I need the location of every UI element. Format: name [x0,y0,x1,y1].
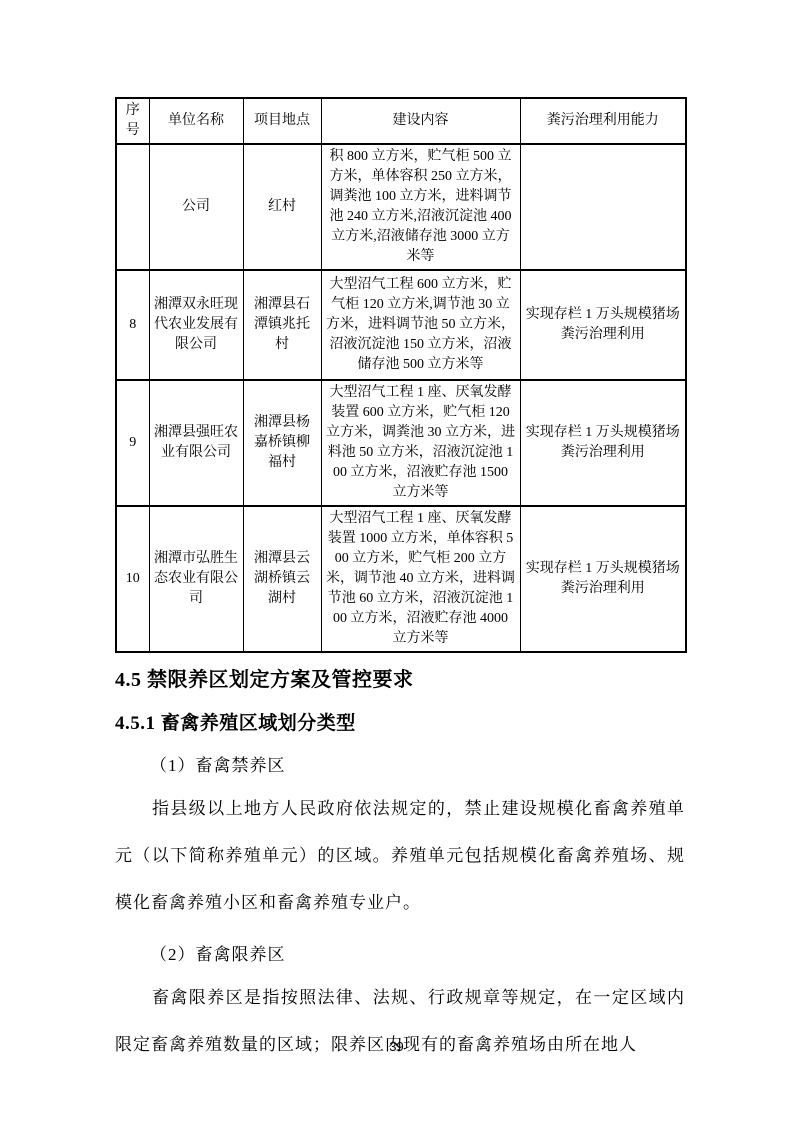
paragraph-prohibited-zone: 指县级以上地方人民政府依法规定的，禁止建设规模化畜禽养殖单元（以下简称养殖单元）… [115,785,685,926]
table-row: 9 湘潭县强旺农业有限公司 湘潭县杨嘉桥镇柳福村 大型沼气工程 1 座、厌氧发酵… [116,380,686,506]
cell-project-location: 湘潭县云湖桥镇云湖村 [243,506,321,652]
cell-manure-capacity: 实现存栏 1 万头规模猪场粪污治理利用 [520,380,686,506]
list-item-1: （1）畜禽禁养区 [115,752,685,780]
cell-manure-capacity: 实现存栏 1 万头规模猪场粪污治理利用 [520,506,686,652]
cell-project-location: 红村 [243,144,321,270]
cell-unit-name: 湘潭双永旺现代农业发展有限公司 [149,270,243,380]
list-item-2: （2）畜禽限养区 [115,941,685,969]
section-heading-4-5: 4.5 禁限养区划定方案及管控要求 [115,667,685,694]
cell-serial-number: 8 [116,270,149,380]
page-number: 39 [0,1039,793,1054]
cell-construction-content: 积 800 立方米，贮气柜 500 立方米，单体容积 250 立方米，调粪池 1… [321,144,520,270]
subsection-heading-4-5-1: 4.5.1 畜禽养殖区域划分类型 [115,711,685,737]
header-serial-number: 序号 [116,98,149,144]
cell-unit-name: 湘潭县强旺农业有限公司 [149,380,243,506]
cell-project-location: 湘潭县杨嘉桥镇柳福村 [243,380,321,506]
cell-construction-content: 大型沼气工程 600 立方米，贮气柜 120 立方米,调节池 30 立方米，进料… [321,270,520,380]
cell-unit-name: 湘潭市弘胜生态农业有限公司 [149,506,243,652]
header-manure-treatment-capacity: 粪污治理利用能力 [520,98,686,144]
cell-construction-content: 大型沼气工程 1 座、厌氧发酵装置 600 立方米，贮气柜 120 立方米，调粪… [321,380,520,506]
header-project-location: 项目地点 [243,98,321,144]
cell-unit-name: 公司 [149,144,243,270]
cell-construction-content: 大型沼气工程 1 座、厌氧发酵装置 1000 立方米，单体容积 500 立方米，… [321,506,520,652]
cell-serial-number: 10 [116,506,149,652]
table-row: 公司 红村 积 800 立方米，贮气柜 500 立方米，单体容积 250 立方米… [116,144,686,270]
cell-manure-capacity [520,144,686,270]
header-construction-content: 建设内容 [321,98,520,144]
header-unit-name: 单位名称 [149,98,243,144]
cell-serial-number: 9 [116,380,149,506]
cell-project-location: 湘潭县石潭镇兆托村 [243,270,321,380]
table-row: 8 湘潭双永旺现代农业发展有限公司 湘潭县石潭镇兆托村 大型沼气工程 600 立… [116,270,686,380]
table-row: 10 湘潭市弘胜生态农业有限公司 湘潭县云湖桥镇云湖村 大型沼气工程 1 座、厌… [116,506,686,652]
cell-serial-number [116,144,149,270]
livestock-projects-table: 序号 单位名称 项目地点 建设内容 粪污治理利用能力 公司 红村 积 800 立… [115,97,687,653]
table-header-row: 序号 单位名称 项目地点 建设内容 粪污治理利用能力 [116,98,686,144]
document-page: 序号 单位名称 项目地点 建设内容 粪污治理利用能力 公司 红村 积 800 立… [0,0,793,1122]
cell-manure-capacity: 实现存栏 1 万头规模猪场粪污治理利用 [520,270,686,380]
